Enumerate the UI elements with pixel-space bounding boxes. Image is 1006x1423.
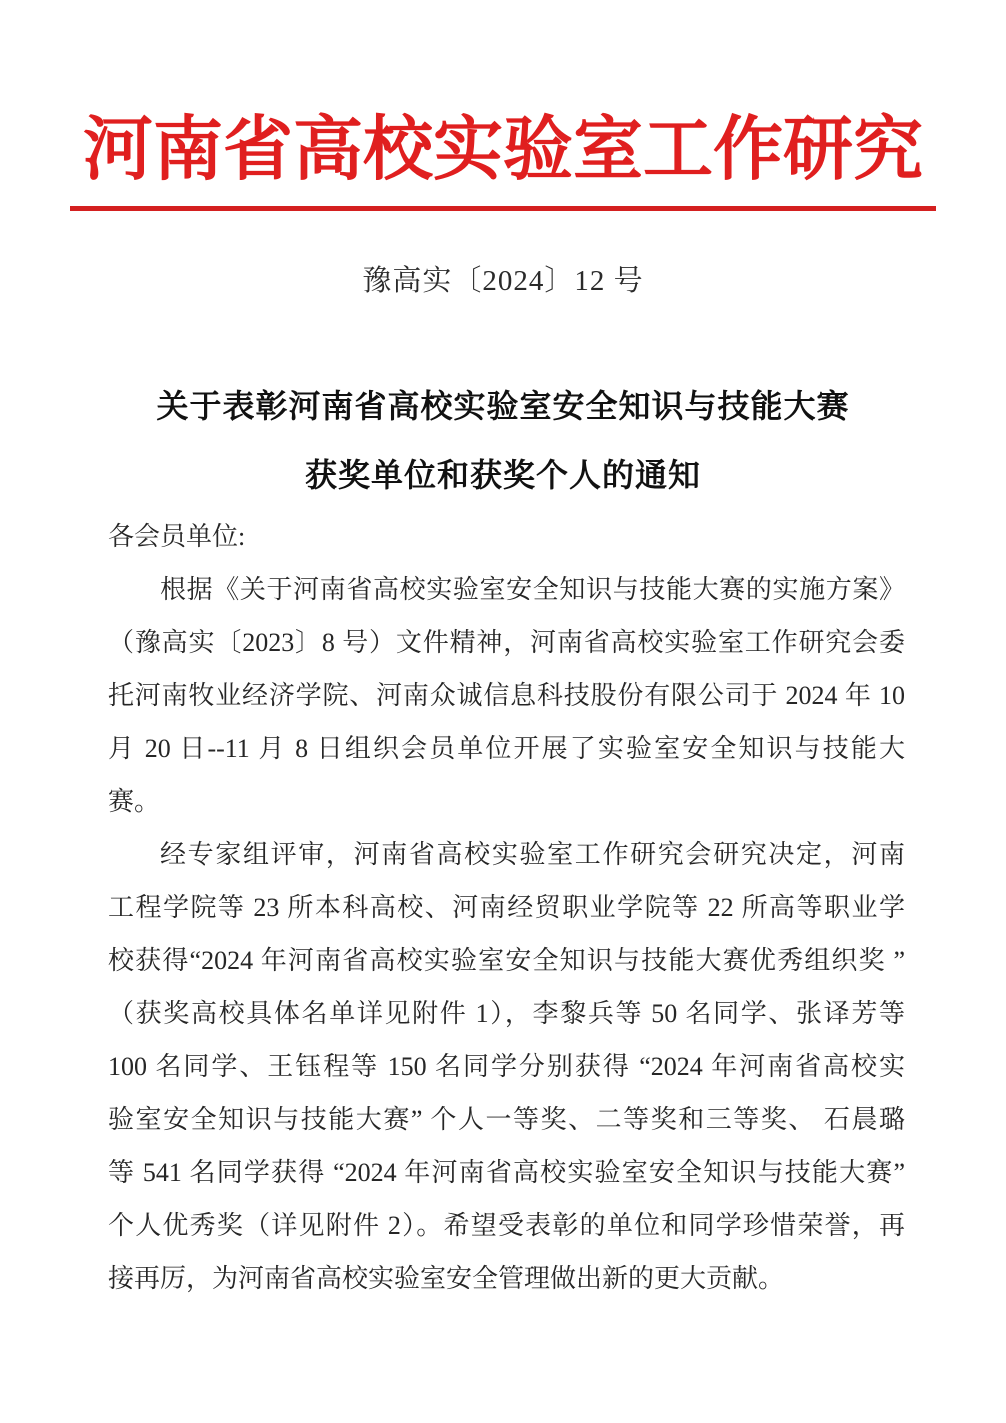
body-line: 等 541 名同学获得 “2024 年河南省高校实验室安全知识与技能大赛”: [108, 1146, 905, 1199]
body-line: 100 名同学、王钰程等 150 名同学分别获得 “2024 年河南省高校实: [108, 1040, 905, 1093]
body-line: 赛。: [108, 775, 905, 828]
notice-body: 各会员单位: 根据《关于河南省高校实验室安全知识与技能大赛的实施方案》（豫高实〔…: [108, 510, 905, 1305]
body-line: 验室安全知识与技能大赛” 个人一等奖、二等奖和三等奖、 石晨璐: [108, 1093, 905, 1146]
notice-title-line1: 关于表彰河南省高校实验室安全知识与技能大赛: [0, 372, 1006, 441]
body-paragraph: 根据《关于河南省高校实验室安全知识与技能大赛的实施方案》（豫高实〔2023〕8 …: [108, 563, 905, 828]
body-line: 根据《关于河南省高校实验室安全知识与技能大赛的实施方案》: [108, 563, 905, 616]
body-line: 工程学院等 23 所本科高校、河南经贸职业学院等 22 所高等职业学: [108, 881, 905, 934]
masthead-title: 河南省高校实验室工作研究: [0, 0, 1006, 196]
body-line: 接再厉，为河南省高校实验室安全管理做出新的更大贡献。: [108, 1252, 905, 1305]
notice-title: 关于表彰河南省高校实验室安全知识与技能大赛 获奖单位和获奖个人的通知: [0, 372, 1006, 510]
body-line: 托河南牧业经济学院、河南众诚信息科技股份有限公司于 2024 年 10: [108, 669, 905, 722]
body-line: （获奖高校具体名单详见附件 1），李黎兵等 50 名同学、张译芳等: [108, 987, 905, 1040]
salutation: 各会员单位:: [108, 510, 905, 563]
body-line: 个人优秀奖（详见附件 2）。希望受表彰的单位和同学珍惜荣誉，再: [108, 1199, 905, 1252]
body-line: 月 20 日--11 月 8 日组织会员单位开展了实验室安全知识与技能大: [108, 722, 905, 775]
body-line: （豫高实〔2023〕8 号）文件精神，河南省高校实验室工作研究会委: [108, 616, 905, 669]
official-notice-document: 河南省高校实验室工作研究 豫高实〔2024〕12 号 关于表彰河南省高校实验室安…: [0, 0, 1006, 1423]
document-number: 豫高实〔2024〕12 号: [0, 267, 1006, 296]
paragraphs-container: 根据《关于河南省高校实验室安全知识与技能大赛的实施方案》（豫高实〔2023〕8 …: [108, 563, 905, 1305]
red-divider-rule: [70, 206, 936, 211]
body-line: 经专家组评审，河南省高校实验室工作研究会研究决定，河南: [108, 828, 905, 881]
body-paragraph: 经专家组评审，河南省高校实验室工作研究会研究决定，河南工程学院等 23 所本科高…: [108, 828, 905, 1305]
notice-title-line2: 获奖单位和获奖个人的通知: [0, 441, 1006, 510]
body-line: 校获得“2024 年河南省高校实验室安全知识与技能大赛优秀组织奖 ”: [108, 934, 905, 987]
